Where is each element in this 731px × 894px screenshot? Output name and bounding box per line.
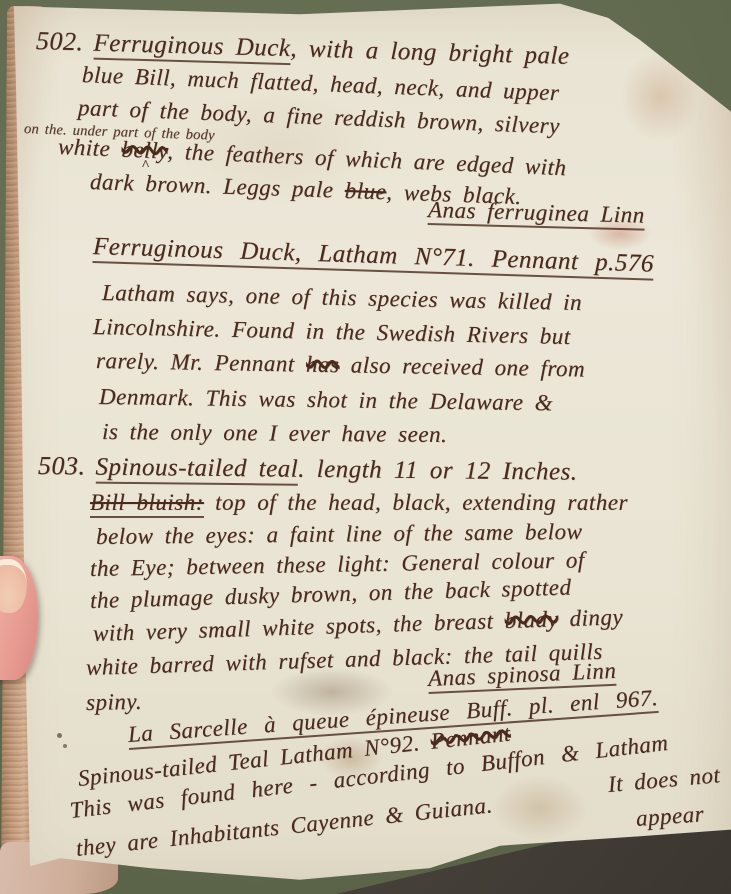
line-text: also received one from xyxy=(339,352,585,381)
line-text: Denmark. This was shot in the Delaware & xyxy=(99,384,553,415)
line-text: dark brown. Leggs pale xyxy=(90,169,346,203)
handwritten-line: Denmark. This was shot in the Delaware & xyxy=(99,384,553,416)
ink-speck xyxy=(63,744,67,748)
citation-502: Ferruginous Duck, Latham N°71. Pennant p… xyxy=(93,233,655,279)
line-text: rarely. Mr. Pennant xyxy=(96,348,306,377)
line-text: spiny. xyxy=(86,689,143,715)
entry-number: 502. xyxy=(36,26,94,57)
entry-503-heading: 503.Spinous-tailed teal. length 11 or 12… xyxy=(38,451,578,487)
thumbnail xyxy=(0,559,27,613)
paper-stain xyxy=(620,52,700,142)
handwritten-line: Lincolnshire. Found in the Swedish River… xyxy=(93,314,571,350)
heading-continuation: . length 11 or 12 Inches. xyxy=(298,456,578,486)
latin-name-502: Anas ferruginea Linn xyxy=(428,197,645,229)
handwritten-line: spiny. xyxy=(86,689,143,716)
handwritten-line: below the eyes: a faint line of the same… xyxy=(96,519,583,550)
line-text: white xyxy=(57,134,122,162)
citation-text: Ferruginous Duck, Latham N°71. Pennant p… xyxy=(92,233,654,281)
heading-continuation: , with a long bright pale xyxy=(290,35,570,70)
line-text: top of the head, black, extending rather xyxy=(204,490,628,515)
species-title: Spinous-tailed teal xyxy=(95,454,298,486)
handwritten-line: Bill bluish: top of the head, black, ext… xyxy=(90,490,628,516)
line-text: appear xyxy=(635,801,705,831)
struck-underlined-phrase: Bill bluish: xyxy=(90,490,204,518)
struck-word: has xyxy=(306,352,340,378)
handwritten-line: rarely. Mr. Pennant has also received on… xyxy=(96,348,586,383)
struck-word: blue xyxy=(344,178,386,204)
struck-word: blady xyxy=(504,606,558,633)
handwritten-line: It does not xyxy=(607,762,721,798)
latin-text: Anas ferruginea Linn xyxy=(428,197,645,231)
handwritten-line: is the only one I ever have seen. xyxy=(102,419,447,448)
line-text: below the eyes: a faint line of the same… xyxy=(96,519,583,549)
line-text: Lincolnshire. Found in the Swedish River… xyxy=(93,314,571,349)
manuscript-page: 502.Ferruginous Duck, with a long bright… xyxy=(0,0,731,894)
handwritten-line: appear xyxy=(635,801,705,832)
ink-speck xyxy=(57,733,62,738)
line-text: is the only one I ever have seen. xyxy=(102,419,447,447)
species-title: Ferruginous Duck xyxy=(93,30,291,65)
line-text: Latham says, one of this species was kil… xyxy=(102,280,583,315)
line-text: It does not xyxy=(607,762,721,797)
line-text: dingy xyxy=(558,604,624,631)
line-text: with very small white spots, the breast xyxy=(93,608,505,646)
handwritten-line: Latham says, one of this species was kil… xyxy=(102,280,583,316)
manuscript-photo: 502.Ferruginous Duck, with a long bright… xyxy=(0,0,731,894)
paper-stain xyxy=(492,776,588,840)
entry-number: 503. xyxy=(38,451,96,481)
